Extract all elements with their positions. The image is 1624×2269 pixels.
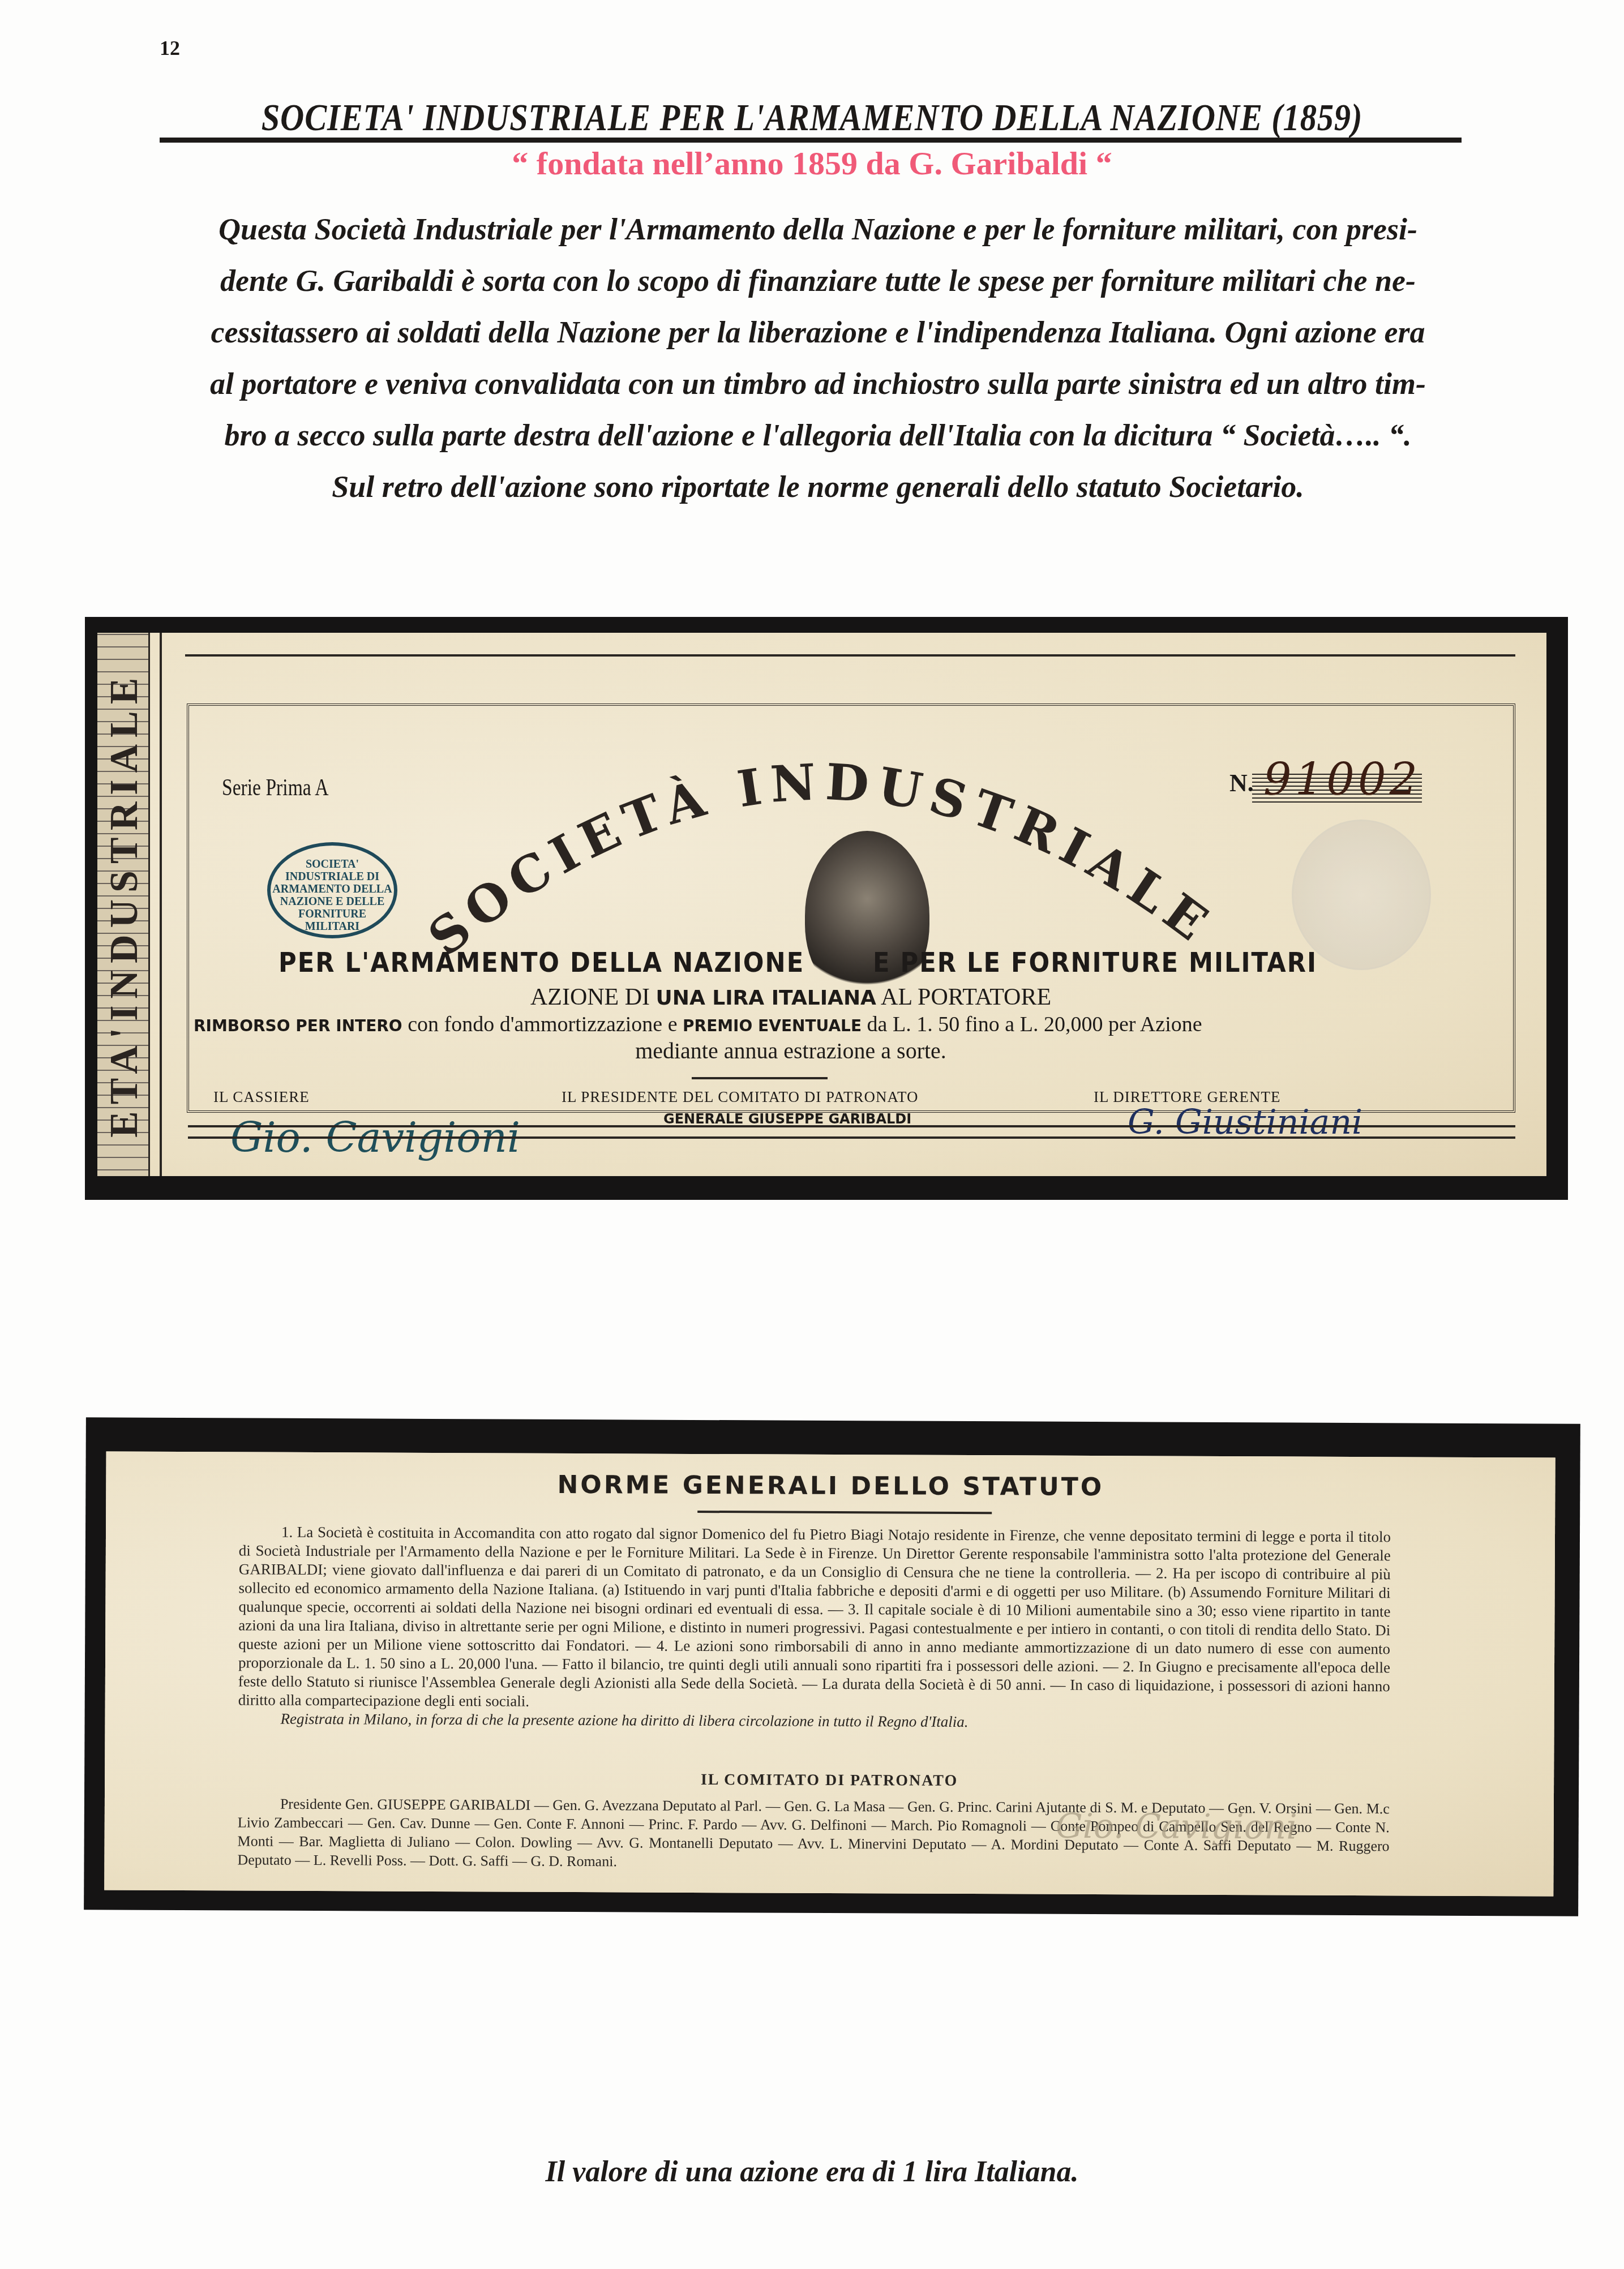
intro-line: bro a secco sulla parte destra dell'azio… bbox=[158, 410, 1477, 461]
share-value-amount: UNA LIRA ITALIANA bbox=[656, 986, 876, 1010]
committee-title: IL COMITATO DI PATRONATO bbox=[105, 1768, 1554, 1792]
redemption-line: RIMBORSO PER INTERO con fondo d'ammortiz… bbox=[194, 1012, 1411, 1037]
cashier-label: IL CASSIERE bbox=[213, 1088, 310, 1106]
page-subtitle: “ fondata nell’anno 1859 da G. Garibaldi… bbox=[0, 144, 1624, 182]
top-rule bbox=[185, 654, 1515, 657]
intro-line: al portatore e veniva convalidata con un… bbox=[158, 358, 1477, 410]
purpose-right: E PER LE FORNITURE MILITARI bbox=[873, 947, 1317, 979]
intro-line: Sul retro dell'azione sono riportate le … bbox=[158, 461, 1477, 513]
draw-line: mediante annua estrazione a sorte. bbox=[182, 1037, 1399, 1064]
premium-label: PREMIO EVENTUALE bbox=[683, 1016, 862, 1035]
premium-text: da L. 1. 50 fino a L. 20,000 per Azione bbox=[862, 1013, 1202, 1036]
bottom-rule bbox=[188, 1136, 1515, 1139]
redemption-text: con fondo d'ammortizzazione e bbox=[402, 1013, 683, 1036]
share-value-prefix: AZIONE DI bbox=[530, 984, 656, 1010]
ornamental-stub-border: ETA'INDUSTRIALE bbox=[97, 633, 150, 1176]
stub-text: ETA'INDUSTRIALE bbox=[102, 655, 144, 1153]
title-underline bbox=[160, 138, 1462, 143]
ink-validation-stamp: SOCIETA' INDUSTRIALE DI ARMAMENTO DELLA … bbox=[267, 842, 397, 938]
president-name: GENERALE GIUSEPPE GARIBALDI bbox=[663, 1111, 911, 1127]
statute-title: NORME GENERALI DELLO STATUTO bbox=[106, 1468, 1555, 1503]
separator-rule bbox=[692, 1077, 828, 1079]
president-label: IL PRESIDENTE DEL COMITATO DI PATRONATO bbox=[562, 1088, 919, 1106]
intro-paragraph: Questa Società Industriale per l'Armamen… bbox=[158, 204, 1477, 513]
intro-line: Questa Società Industriale per l'Armamen… bbox=[158, 204, 1477, 255]
page-number: 12 bbox=[160, 36, 180, 60]
page-title: SOCIETA' INDUSTRIALE PER L'ARMAMENTO DEL… bbox=[114, 95, 1510, 140]
bottom-rule bbox=[188, 1125, 1515, 1127]
statute-articles: 1. La Società è costituita in Accomandit… bbox=[238, 1522, 1391, 1714]
redemption-label: RIMBORSO PER INTERO bbox=[194, 1016, 402, 1035]
statute-title-rule bbox=[697, 1511, 992, 1514]
certificate-front: ETA'INDUSTRIALE Serie Prima A N. 91002 S… bbox=[97, 633, 1546, 1176]
share-value-line: AZIONE DI UNA LIRA ITALIANA AL PORTATORE bbox=[182, 984, 1399, 1011]
intro-line: cessitassero ai soldati della Nazione pe… bbox=[158, 307, 1477, 358]
intro-line: dente G. Garibaldi è sorta con lo scopo … bbox=[158, 255, 1477, 307]
footer-caption: Il valore di una azione era di 1 lira It… bbox=[0, 2155, 1624, 2189]
statute-text: 1. La Società è costituita in Accomandit… bbox=[238, 1522, 1391, 1733]
certificate-back: NORME GENERALI DELLO STATUTO 1. La Socie… bbox=[104, 1451, 1555, 1896]
certificate-back-frame: NORME GENERALI DELLO STATUTO 1. La Socie… bbox=[84, 1417, 1580, 1916]
perforation-line bbox=[160, 633, 162, 1176]
serial-number: 91002 bbox=[1263, 754, 1421, 805]
certificate-front-frame: ETA'INDUSTRIALE Serie Prima A N. 91002 S… bbox=[85, 617, 1568, 1200]
share-value-suffix: AL PORTATORE bbox=[876, 984, 1051, 1010]
series-label: Serie Prima A bbox=[222, 774, 329, 801]
show-through-signature: Gio. Cavigioni bbox=[1056, 1807, 1297, 1847]
purpose-left: PER L'ARMAMENTO DELLA NAZIONE bbox=[278, 947, 804, 979]
